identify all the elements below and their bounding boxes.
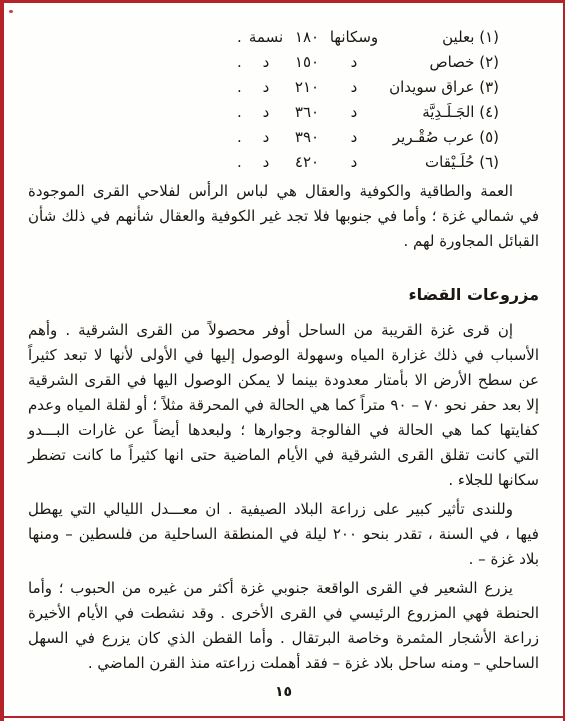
paragraph-headwear: العمة والطاقية والكوفية والعقال هي لباس …	[28, 179, 539, 254]
population-count: ٣٩٠	[285, 125, 329, 150]
text-line: فيها ، في السنة ، تقدر بنحو ٢٠٠ ليلة في …	[28, 522, 539, 547]
text-line: القبائل المجاورة لهم .	[28, 229, 539, 254]
village-row: (٤) الجَـلَـدِيَّة د ٣٦٠ د .	[237, 100, 499, 125]
text-line: التي كانت تقلق القرى الشرقية في الأيام ا…	[28, 443, 539, 468]
text-line: سكانها للجلاء .	[28, 468, 539, 493]
ditto-mark: د	[247, 125, 285, 150]
ditto-mark: د	[329, 150, 379, 175]
paragraph-crops-water: إن قرى غزة القريبة من الساحل أوفر محصولا…	[28, 318, 539, 493]
population-count: ١٨٠	[285, 25, 329, 50]
ditto-mark: د	[329, 125, 379, 150]
text-line: إلا بعد حفر نحو ٧٠ – ٩٠ متراً كما هي الح…	[28, 393, 539, 418]
text-line: العمة والطاقية والكوفية والعقال هي لباس …	[28, 179, 539, 204]
page-number: ١٥	[28, 684, 539, 700]
line-period: .	[237, 150, 247, 175]
paragraph-barley-wheat-cotton: يزرع الشعير في القرى الواقعة جنوبي غزة أ…	[28, 576, 539, 676]
ditto-mark: د	[247, 100, 285, 125]
line-period: .	[237, 25, 247, 50]
village-row: (٣) عراق سويدان د ٢١٠ د .	[237, 75, 499, 100]
ditto-mark: د	[329, 50, 379, 75]
text-line: عن سطح الأرض الا بأمتار معدودة بينما لا …	[28, 368, 539, 393]
paragraph-dew: وللندى تأثير كبير على زراعة البلاد الصيف…	[28, 497, 539, 572]
village-name: (٤) الجَـلَـدِيَّة	[379, 100, 499, 125]
population-count: ٣٦٠	[285, 100, 329, 125]
text-line: زراعة الأشجار المثمرة وخاصة البرتقال . و…	[28, 626, 539, 651]
line-period: .	[237, 125, 247, 150]
village-row: (١) بعلين وسكانها ١٨٠ نسمة .	[237, 25, 499, 50]
ditto-mark: وسكانها	[329, 25, 379, 50]
ditto-mark: د	[247, 150, 285, 175]
ditto-mark: د	[247, 75, 285, 100]
village-population-list: (١) بعلين وسكانها ١٨٠ نسمة . (٢) خصاص د …	[237, 25, 499, 175]
village-row: (٦) حُلَـيْقات د ٤٢٠ د .	[237, 150, 499, 175]
unit-label: نسمة	[247, 25, 285, 50]
village-name: (٦) حُلَـيْقات	[379, 150, 499, 175]
text-line: يزرع الشعير في القرى الواقعة جنوبي غزة أ…	[28, 576, 539, 601]
village-name: (٣) عراق سويدان	[379, 75, 499, 100]
bottom-border-rule	[4, 716, 563, 718]
population-count: ٤٢٠	[285, 150, 329, 175]
village-row: (٥) عرب صُقْـرير د ٣٩٠ د .	[237, 125, 499, 150]
line-period: .	[237, 100, 247, 125]
text-line: كفايتها كما هي الحالة في الفالوجة وجواره…	[28, 418, 539, 443]
village-row: (٢) خصاص د ١٥٠ د .	[237, 50, 499, 75]
page-content: (١) بعلين وسكانها ١٨٠ نسمة . (٢) خصاص د …	[4, 3, 563, 700]
text-line: وللندى تأثير كبير على زراعة البلاد الصيف…	[28, 497, 539, 522]
ditto-mark: د	[329, 75, 379, 100]
village-name: (٥) عرب صُقْـرير	[379, 125, 499, 150]
population-count: ٢١٠	[285, 75, 329, 100]
line-period: .	[237, 50, 247, 75]
line-period: .	[237, 75, 247, 100]
text-line: في شمالي غزة ؛ وأما في جنوبها فلا تجد غي…	[28, 204, 539, 229]
population-count: ١٥٠	[285, 50, 329, 75]
text-line: بلاد غزة – .	[28, 547, 539, 572]
scanned-book-page: (١) بعلين وسكانها ١٨٠ نسمة . (٢) خصاص د …	[0, 0, 565, 721]
text-line: الساحلي – ومنه ساحل بلاد غزة – فقد أهملت…	[28, 651, 539, 676]
ditto-mark: د	[329, 100, 379, 125]
text-line: إن قرى غزة القريبة من الساحل أوفر محصولا…	[28, 318, 539, 343]
ditto-mark: د	[247, 50, 285, 75]
text-line: الحنطة فهي المزروع الرئيسي في القرى الأخ…	[28, 601, 539, 626]
text-line: الأسباب في ذلك غزارة المياه وسهولة الوصو…	[28, 343, 539, 368]
village-name: (١) بعلين	[379, 25, 499, 50]
section-heading: مزروعات القضاء	[28, 284, 539, 306]
village-name: (٢) خصاص	[379, 50, 499, 75]
